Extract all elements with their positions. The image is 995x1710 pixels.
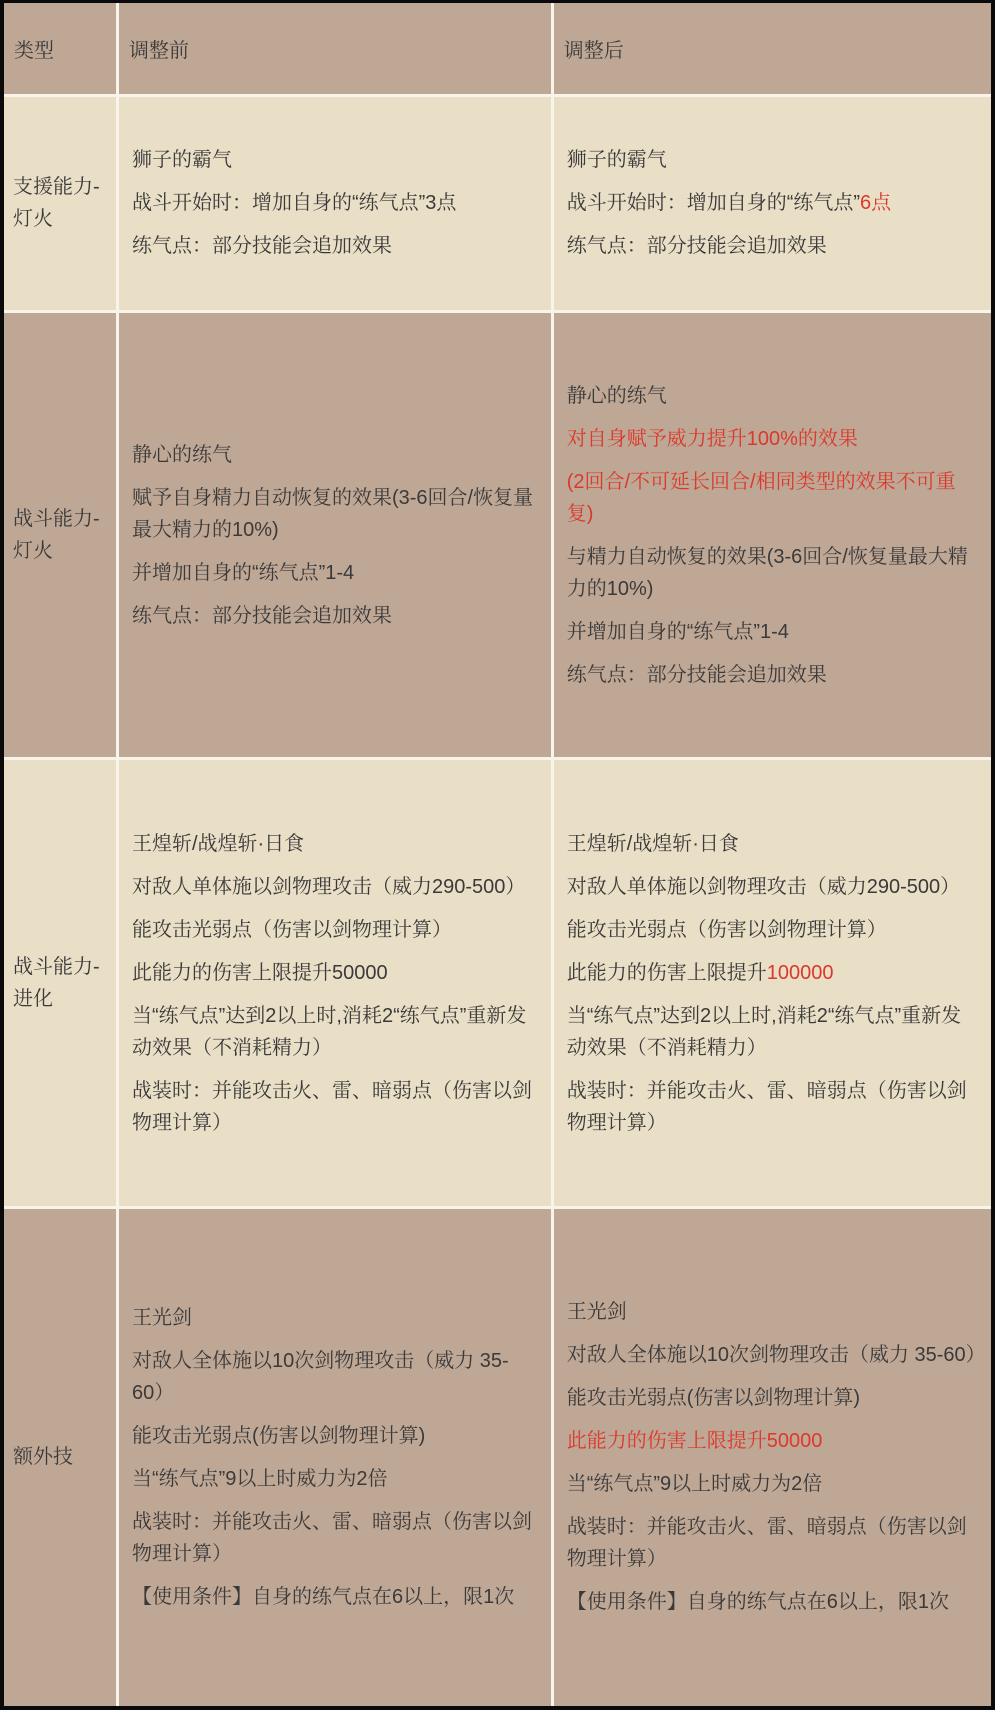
ability-adjustment-screenshot: 类型 调整前 调整后 支援能力-灯火狮子的霸气战斗开始时：增加自身的“练气点”3… bbox=[0, 0, 995, 1710]
text-segment: 此能力的伤害上限提升 bbox=[567, 962, 767, 984]
column-header-before: 调整前 bbox=[117, 3, 552, 95]
cell-paragraph: 能攻击光弱点(伤害以剑物理计算) bbox=[132, 1420, 538, 1452]
text-segment: 此能力的伤害上限提升50000 bbox=[132, 962, 388, 984]
header-row: 类型 调整前 调整后 bbox=[4, 3, 991, 95]
cell-paragraph: 并增加自身的“练气点”1-4 bbox=[132, 557, 538, 589]
cell-paragraph: 当“练气点”9以上时威力为2倍 bbox=[132, 1463, 538, 1495]
cell-paragraph: 能攻击光弱点（伤害以剑物理计算） bbox=[567, 914, 978, 946]
cell-paragraph: 当“练气点”达到2以上时,消耗2“练气点”重新发动效果（不消耗精力） bbox=[567, 1000, 978, 1064]
comparison-table: 类型 调整前 调整后 支援能力-灯火狮子的霸气战斗开始时：增加自身的“练气点”3… bbox=[4, 3, 991, 1706]
text-segment: 王煌斩/战煌斩·日食 bbox=[132, 833, 304, 855]
column-header-type: 类型 bbox=[4, 3, 117, 95]
text-segment: 静心的练气 bbox=[567, 385, 667, 407]
cell-paragraph: 当“练气点”达到2以上时,消耗2“练气点”重新发动效果（不消耗精力） bbox=[132, 1000, 538, 1064]
text-segment: 赋予自身精力自动恢复的效果(3-6回合/恢复量最大精力的10%) bbox=[132, 487, 533, 541]
text-segment: 并增加自身的“练气点”1-4 bbox=[132, 562, 354, 584]
text-segment: 当“练气点”9以上时威力为2倍 bbox=[567, 1473, 823, 1495]
cell-paragraph: 狮子的霸气 bbox=[132, 144, 538, 176]
after-cell: 王煌斩/战煌斩·日食对敌人单体施以剑物理攻击（威力290-500）能攻击光弱点（… bbox=[552, 759, 991, 1207]
cell-paragraph: 对敌人全体施以10次剑物理攻击（威力 35-60） bbox=[567, 1339, 978, 1371]
cell-paragraph: 【使用条件】自身的练气点在6以上，限1次 bbox=[567, 1586, 978, 1618]
cell-paragraph: 王煌斩/战煌斩·日食 bbox=[132, 828, 538, 860]
before-cell: 狮子的霸气战斗开始时：增加自身的“练气点”3点练气点：部分技能会追加效果 bbox=[117, 95, 552, 312]
cell-paragraph: 当“练气点”9以上时威力为2倍 bbox=[567, 1468, 978, 1500]
text-segment: 王光剑 bbox=[132, 1307, 192, 1329]
text-segment: 练气点：部分技能会追加效果 bbox=[567, 664, 827, 686]
row-type-cell: 支援能力-灯火 bbox=[4, 95, 117, 312]
table-row: 战斗能力-灯火静心的练气赋予自身精力自动恢复的效果(3-6回合/恢复量最大精力的… bbox=[4, 312, 991, 759]
cell-paragraph: 对敌人单体施以剑物理攻击（威力290-500） bbox=[132, 871, 538, 903]
table-header: 类型 调整前 调整后 bbox=[4, 3, 991, 95]
text-segment: 能攻击光弱点(伤害以剑物理计算) bbox=[132, 1425, 425, 1447]
cell-paragraph: 对敌人全体施以10次剑物理攻击（威力 35-60） bbox=[132, 1345, 538, 1409]
cell-paragraph: 练气点：部分技能会追加效果 bbox=[567, 230, 978, 262]
table-row: 战斗能力-进化王煌斩/战煌斩·日食对敌人单体施以剑物理攻击（威力290-500）… bbox=[4, 759, 991, 1207]
table-row: 支援能力-灯火狮子的霸气战斗开始时：增加自身的“练气点”3点练气点：部分技能会追… bbox=[4, 95, 991, 312]
text-segment: 战装时：并能攻击火、雷、暗弱点（伤害以剑物理计算） bbox=[567, 1516, 967, 1570]
text-segment: 当“练气点”9以上时威力为2倍 bbox=[132, 1468, 388, 1490]
cell-paragraph: 【使用条件】自身的练气点在6以上，限1次 bbox=[132, 1581, 538, 1613]
text-segment: 【使用条件】自身的练气点在6以上，限1次 bbox=[567, 1591, 949, 1613]
cell-paragraph: 对自身赋予威力提升100%的效果 bbox=[567, 423, 978, 455]
cell-paragraph: 练气点：部分技能会追加效果 bbox=[132, 230, 538, 262]
cell-paragraph: 战斗开始时：增加自身的“练气点”6点 bbox=[567, 187, 978, 219]
cell-paragraph: 静心的练气 bbox=[567, 380, 978, 412]
text-segment: 能攻击光弱点（伤害以剑物理计算） bbox=[567, 919, 887, 941]
cell-paragraph: 能攻击光弱点(伤害以剑物理计算) bbox=[567, 1382, 978, 1414]
cell-paragraph: 战装时：并能攻击火、雷、暗弱点（伤害以剑物理计算） bbox=[132, 1506, 538, 1570]
cell-paragraph: 静心的练气 bbox=[132, 439, 538, 471]
cell-paragraph: 战装时：并能攻击火、雷、暗弱点（伤害以剑物理计算） bbox=[567, 1075, 978, 1139]
cell-paragraph: 王光剑 bbox=[567, 1296, 978, 1328]
after-cell: 静心的练气对自身赋予威力提升100%的效果(2回合/不可延长回合/相同类型的效果… bbox=[552, 312, 991, 759]
cell-paragraph: 并增加自身的“练气点”1-4 bbox=[567, 616, 978, 648]
text-segment: 静心的练气 bbox=[132, 444, 232, 466]
cell-paragraph: (2回合/不可延长回合/相同类型的效果不可重复) bbox=[567, 466, 978, 530]
text-segment: 战装时：并能攻击火、雷、暗弱点（伤害以剑物理计算） bbox=[132, 1080, 532, 1134]
cell-paragraph: 战斗开始时：增加自身的“练气点”3点 bbox=[132, 187, 538, 219]
cell-paragraph: 能攻击光弱点（伤害以剑物理计算） bbox=[132, 914, 538, 946]
text-segment: 【使用条件】自身的练气点在6以上，限1次 bbox=[132, 1586, 514, 1608]
column-header-after: 调整后 bbox=[552, 3, 991, 95]
cell-paragraph: 战装时：并能攻击火、雷、暗弱点（伤害以剑物理计算） bbox=[567, 1511, 978, 1575]
text-segment: 当“练气点”达到2以上时,消耗2“练气点”重新发动效果（不消耗精力） bbox=[132, 1005, 526, 1059]
table-row: 额外技王光剑对敌人全体施以10次剑物理攻击（威力 35-60）能攻击光弱点(伤害… bbox=[4, 1207, 991, 1706]
text-segment: 练气点：部分技能会追加效果 bbox=[567, 235, 827, 257]
text-segment: 对敌人全体施以10次剑物理攻击（威力 35-60） bbox=[132, 1350, 509, 1404]
text-segment: 战装时：并能攻击火、雷、暗弱点（伤害以剑物理计算） bbox=[132, 1511, 532, 1565]
text-segment: 练气点：部分技能会追加效果 bbox=[132, 605, 392, 627]
cell-paragraph: 王煌斩/战煌斩·日食 bbox=[567, 828, 978, 860]
changed-text: 对自身赋予威力提升100%的效果 bbox=[567, 428, 858, 450]
cell-paragraph: 此能力的伤害上限提升100000 bbox=[567, 957, 978, 989]
changed-text: 此能力的伤害上限提升50000 bbox=[567, 1430, 823, 1452]
text-segment: 战斗开始时：增加自身的“练气点” bbox=[567, 192, 860, 214]
cell-paragraph: 练气点：部分技能会追加效果 bbox=[132, 600, 538, 632]
table-body: 支援能力-灯火狮子的霸气战斗开始时：增加自身的“练气点”3点练气点：部分技能会追… bbox=[4, 95, 991, 1706]
text-segment: 战斗开始时：增加自身的“练气点”3点 bbox=[132, 192, 456, 214]
after-cell: 狮子的霸气战斗开始时：增加自身的“练气点”6点练气点：部分技能会追加效果 bbox=[552, 95, 991, 312]
after-cell: 王光剑对敌人全体施以10次剑物理攻击（威力 35-60）能攻击光弱点(伤害以剑物… bbox=[552, 1207, 991, 1706]
text-segment: 对敌人单体施以剑物理攻击（威力290-500） bbox=[132, 876, 525, 898]
cell-paragraph: 战装时：并能攻击火、雷、暗弱点（伤害以剑物理计算） bbox=[132, 1075, 538, 1139]
row-type-cell: 战斗能力-进化 bbox=[4, 759, 117, 1207]
text-segment: 练气点：部分技能会追加效果 bbox=[132, 235, 392, 257]
text-segment: 并增加自身的“练气点”1-4 bbox=[567, 621, 789, 643]
text-segment: 当“练气点”达到2以上时,消耗2“练气点”重新发动效果（不消耗精力） bbox=[567, 1005, 961, 1059]
text-segment: 对敌人单体施以剑物理攻击（威力290-500） bbox=[567, 876, 960, 898]
cell-paragraph: 王光剑 bbox=[132, 1302, 538, 1334]
cell-paragraph: 此能力的伤害上限提升50000 bbox=[132, 957, 538, 989]
text-segment: 对敌人全体施以10次剑物理攻击（威力 35-60） bbox=[567, 1344, 986, 1366]
text-segment: 王光剑 bbox=[567, 1301, 627, 1323]
row-type-cell: 战斗能力-灯火 bbox=[4, 312, 117, 759]
before-cell: 静心的练气赋予自身精力自动恢复的效果(3-6回合/恢复量最大精力的10%)并增加… bbox=[117, 312, 552, 759]
changed-text: 100000 bbox=[767, 962, 834, 984]
cell-paragraph: 对敌人单体施以剑物理攻击（威力290-500） bbox=[567, 871, 978, 903]
text-segment: 与精力自动恢复的效果(3-6回合/恢复量最大精力的10%) bbox=[567, 546, 968, 600]
cell-paragraph: 练气点：部分技能会追加效果 bbox=[567, 659, 978, 691]
text-segment: 能攻击光弱点(伤害以剑物理计算) bbox=[567, 1387, 860, 1409]
cell-paragraph: 狮子的霸气 bbox=[567, 144, 978, 176]
text-segment: 能攻击光弱点（伤害以剑物理计算） bbox=[132, 919, 452, 941]
before-cell: 王光剑对敌人全体施以10次剑物理攻击（威力 35-60）能攻击光弱点(伤害以剑物… bbox=[117, 1207, 552, 1706]
row-type-cell: 额外技 bbox=[4, 1207, 117, 1706]
text-segment: 狮子的霸气 bbox=[132, 149, 232, 171]
cell-paragraph: 赋予自身精力自动恢复的效果(3-6回合/恢复量最大精力的10%) bbox=[132, 482, 538, 546]
text-segment: 战装时：并能攻击火、雷、暗弱点（伤害以剑物理计算） bbox=[567, 1080, 967, 1134]
changed-text: 6点 bbox=[860, 192, 891, 214]
cell-paragraph: 此能力的伤害上限提升50000 bbox=[567, 1425, 978, 1457]
cell-paragraph: 与精力自动恢复的效果(3-6回合/恢复量最大精力的10%) bbox=[567, 541, 978, 605]
text-segment: 狮子的霸气 bbox=[567, 149, 667, 171]
before-cell: 王煌斩/战煌斩·日食对敌人单体施以剑物理攻击（威力290-500）能攻击光弱点（… bbox=[117, 759, 552, 1207]
text-segment: 王煌斩/战煌斩·日食 bbox=[567, 833, 739, 855]
changed-text: (2回合/不可延长回合/相同类型的效果不可重复) bbox=[567, 471, 956, 525]
